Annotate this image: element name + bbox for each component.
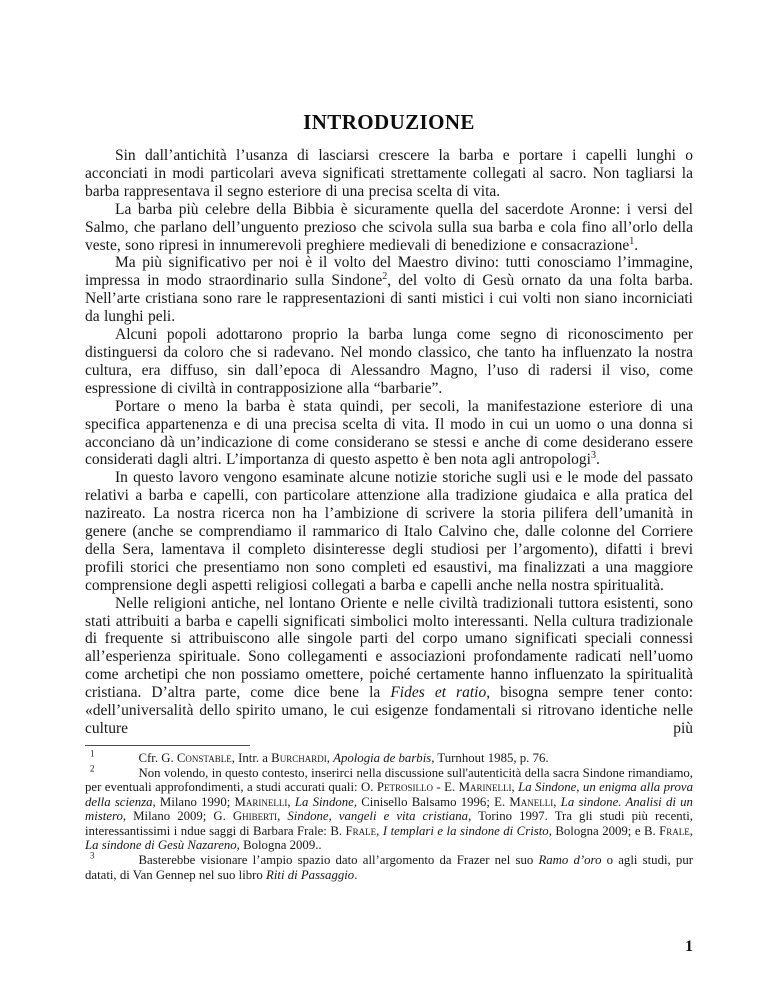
text-run: Petrosillo	[377, 780, 433, 794]
text-run: - E.	[433, 780, 459, 794]
text-run: I templari e la sindone di Cristo,	[383, 824, 552, 838]
text-run: La sindone di Gesù Nazareno	[85, 838, 237, 852]
body-paragraph-7: Nelle religioni antiche, nel lontano Ori…	[85, 595, 693, 738]
footnote-3: 3Basterebbe visionare l’ampio spazio dat…	[85, 853, 693, 882]
text-run: Manelli	[509, 795, 553, 809]
document-page: INTRODUZIONE Sin dall’antichità l’usanza…	[0, 0, 768, 994]
body-paragraph-2: La barba più celebre della Bibbia è sicu…	[85, 201, 693, 255]
text-run: Cfr. G.	[139, 751, 177, 765]
text-run: ,	[376, 824, 383, 838]
body-paragraph-1: Sin dall’antichità l’usanza di lasciarsi…	[85, 147, 693, 201]
text-run: In questo lavoro vengono esaminate alcun…	[85, 469, 693, 593]
text-run: Fides et ratio	[390, 684, 486, 701]
text-run: Burchardi	[271, 751, 327, 765]
page-title: INTRODUZIONE	[85, 110, 693, 135]
text-run: ,	[690, 824, 693, 838]
text-run: Apologia de barbis	[333, 751, 431, 765]
body-paragraph-5: Portare o meno la barba è stata quindi, …	[85, 398, 693, 470]
text-run: Frale	[659, 824, 690, 838]
footnote-2: 2Non volendo, in questo contesto, inseri…	[85, 766, 693, 854]
footnote-text: Basterebbe visionare l’ampio spazio dato…	[85, 853, 693, 882]
text-run: Frale	[346, 824, 377, 838]
body-text: Sin dall’antichità l’usanza di lasciarsi…	[85, 147, 693, 738]
text-run: , Milano 2009; G.	[123, 809, 233, 823]
footnote-marker: 3	[90, 851, 95, 861]
text-run: Marinelli	[235, 795, 288, 809]
body-paragraph-3: Ma più significativo per noi è il volto …	[85, 254, 693, 326]
text-run: , Turnhout 1985, p. 76.	[431, 751, 548, 765]
text-run: Basterebbe visionare l’ampio spazio dato…	[139, 853, 539, 867]
text-run: La barba più celebre della Bibbia è sicu…	[85, 201, 693, 254]
text-run: Constable	[177, 751, 232, 765]
text-run: Sindone, vangeli e vita cristiana	[287, 809, 468, 823]
text-run: ,	[553, 795, 560, 809]
text-run: Sin dall’antichità l’usanza di lasciarsi…	[85, 147, 693, 200]
text-run: Ghiberti	[233, 809, 277, 823]
text-run: , Intr. a	[232, 751, 271, 765]
text-run: ,	[287, 795, 294, 809]
footnote-1: 1Cfr. G. Constable, Intr. a Burchardi, A…	[85, 751, 693, 766]
page-content: INTRODUZIONE Sin dall’antichità l’usanza…	[85, 110, 693, 882]
text-run: .	[354, 868, 357, 882]
text-run: Portare o meno la barba è stata quindi, …	[85, 398, 693, 469]
text-run: ,	[277, 809, 287, 823]
footnote-marker: 2	[90, 763, 95, 773]
text-run: .	[634, 237, 638, 254]
page-number: 1	[685, 938, 693, 956]
text-run: La Sindone,	[295, 795, 357, 809]
text-run: Cinisello Balsamo 1996; E.	[357, 795, 509, 809]
footnote-text: Cfr. G. Constable, Intr. a Burchardi, Ap…	[139, 751, 549, 765]
text-run: Ramo d’oro	[538, 853, 601, 867]
text-run: .	[596, 451, 600, 468]
text-run: Marinelli	[459, 780, 512, 794]
text-run: , Bologna 2009..	[237, 838, 322, 852]
footnote-separator	[85, 745, 250, 746]
footnotes-section: 1Cfr. G. Constable, Intr. a Burchardi, A…	[85, 751, 693, 882]
footnote-marker: 1	[90, 749, 95, 759]
text-run: Alcuni popoli adottarono proprio la barb…	[85, 326, 693, 397]
footnote-text: Non volendo, in questo contesto, inserir…	[85, 766, 693, 853]
body-paragraph-4: Alcuni popoli adottarono proprio la barb…	[85, 326, 693, 398]
text-run: , Milano 1990;	[153, 795, 235, 809]
text-run: Bologna 2009; e B.	[552, 824, 659, 838]
body-paragraph-6: In questo lavoro vengono esaminate alcun…	[85, 469, 693, 594]
text-run: Riti di Passaggio	[266, 868, 354, 882]
